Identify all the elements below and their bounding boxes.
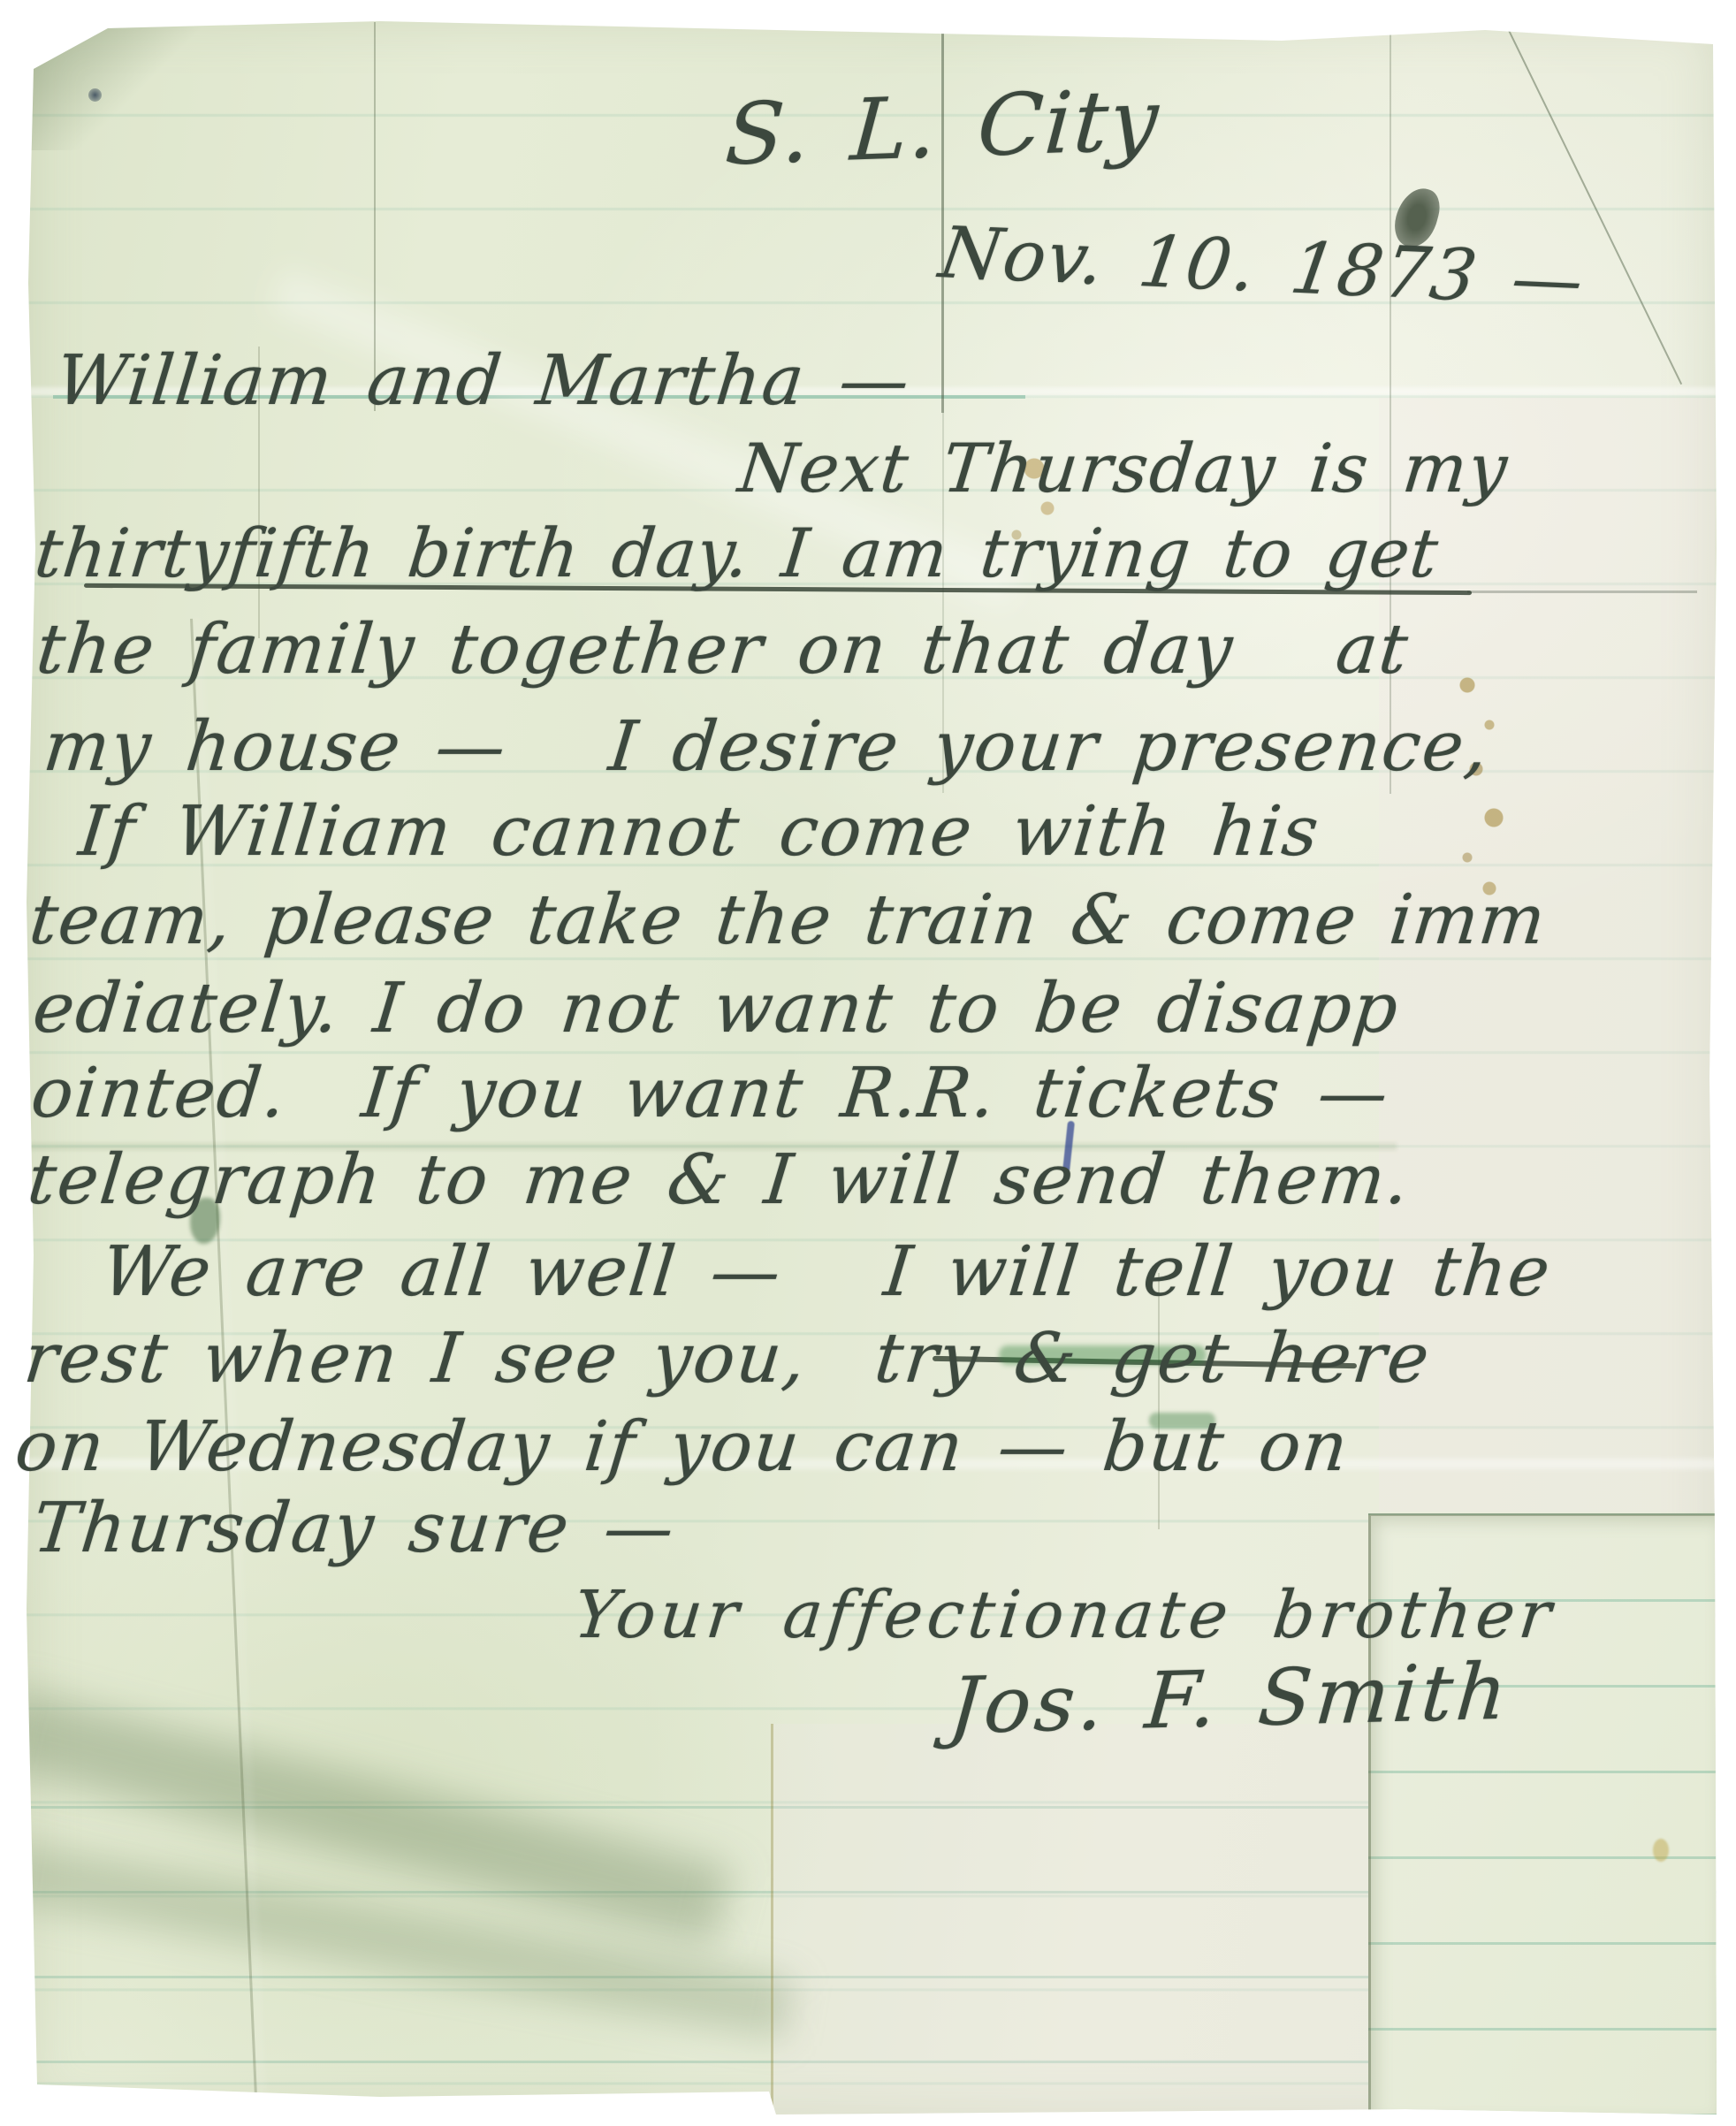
letter-line: Next Thursday is my <box>735 435 1511 502</box>
letter-line: ediately. I do not want to be disapp <box>30 974 1403 1043</box>
letter-line: the family together on that day at <box>34 615 1412 684</box>
letter-line: rest when I see you, try & get here <box>21 1324 1434 1393</box>
letter-heading-place: S. L. City <box>723 77 1162 177</box>
letter-line: ointed. If you want R.R. tickets — <box>28 1059 1393 1128</box>
letter-line: Thursday sure — <box>30 1494 679 1563</box>
pen-underline-faint <box>1467 591 1697 593</box>
corner-shading <box>27 18 203 150</box>
letter-line: We are all well — I will tell you the <box>99 1238 1555 1307</box>
scan-canvas: S. L. City Nov. 10. 1873 — William and M… <box>0 0 1736 2126</box>
ink-dot <box>88 88 102 102</box>
stain-spot <box>1653 1839 1669 1862</box>
letter-line: telegraph to me & I will send them. <box>25 1146 1413 1215</box>
letter-signature: Jos. F. Smith <box>947 1653 1513 1746</box>
letter-line: If William cannot come with his <box>76 797 1323 866</box>
letter-line: my house — I desire your presence, <box>41 712 1493 781</box>
fold-line <box>771 1724 773 2113</box>
letter-line: thirtyfifth birth day. I am trying to ge… <box>32 520 1442 587</box>
letter-salutation: William and Martha — <box>53 347 914 415</box>
letter-line: team, please take the train & come imm <box>27 886 1549 955</box>
letter-closing: Your affectionate brother <box>571 1582 1558 1648</box>
letter-line: on Wednesday if you can — but on <box>12 1413 1352 1482</box>
